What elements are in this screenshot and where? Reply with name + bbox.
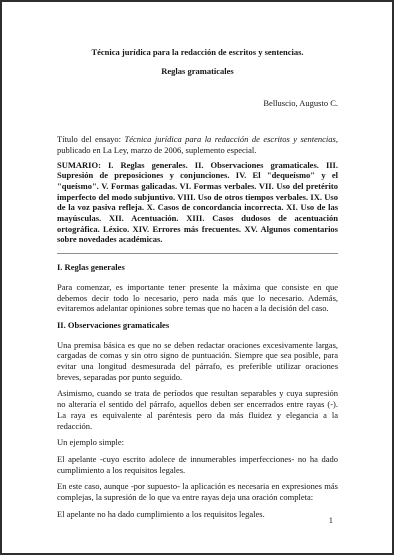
paragraph: Un ejemplo simple:	[57, 437, 338, 448]
paragraph: En este caso, aunque -por supuesto- la a…	[57, 481, 338, 502]
essay-reference: Título del ensayo: Técnica jurídica para…	[57, 134, 338, 155]
paragraph: Una premisa básica es que no se deben re…	[57, 340, 338, 383]
section-divider	[57, 253, 338, 254]
section-heading-reglas-generales: I. Reglas generales	[57, 262, 338, 273]
essay-reference-prefix: Título del ensayo:	[57, 134, 124, 144]
document-page: Técnica jurídica para la redacción de es…	[0, 0, 394, 555]
page-number: 1	[329, 515, 333, 526]
paragraph: Para comenzar, es importante tener prese…	[57, 282, 338, 314]
essay-reference-italic-title: Técnica jurídica para la redacción de es…	[124, 134, 335, 144]
document-content: Técnica jurídica para la redacción de es…	[57, 2, 338, 526]
paragraph: El apelante no ha dado cumplimiento a lo…	[57, 509, 338, 520]
paragraph: Asimismo, cuando se trata de períodos qu…	[57, 388, 338, 431]
section-heading-observaciones-gramaticales: II. Observaciones gramaticales	[57, 320, 338, 331]
paragraph: El apelante -cuyo escrito adolece de inn…	[57, 454, 338, 475]
summary-paragraph: SUMARIO: I. Reglas generales. II. Observ…	[57, 160, 338, 246]
document-title: Técnica jurídica para la redacción de es…	[57, 2, 338, 58]
author-byline: Belluscio, Augusto C.	[57, 98, 338, 109]
document-subtitle: Reglas gramaticales	[57, 66, 338, 77]
